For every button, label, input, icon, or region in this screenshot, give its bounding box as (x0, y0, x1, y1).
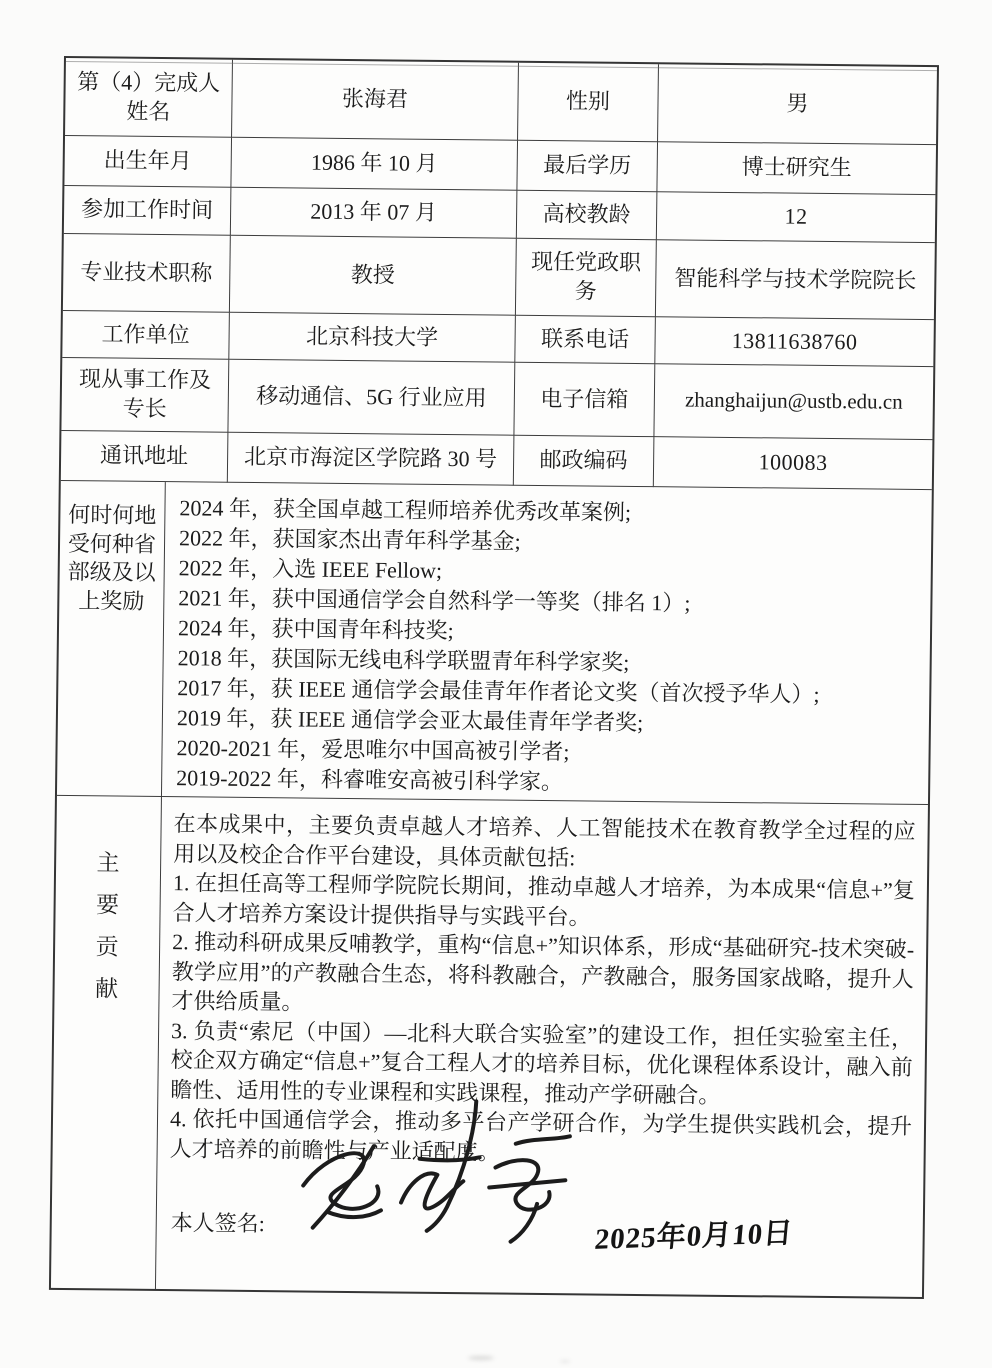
label-char: 献 (95, 968, 119, 1010)
label-char: 贡 (95, 926, 119, 968)
label-line: 部级及以 (67, 558, 155, 588)
field-value-gender: 男 (658, 64, 937, 145)
label-line: 第（4）完成人 (77, 68, 220, 98)
scan-smudge (560, 1360, 570, 1363)
field-label-email: 电子信箱 (514, 363, 655, 437)
contribution-paragraph: 3. 负责“索尼（中国）—北科大联合实验室”的建设工作，担任实验室主任，校企双方… (170, 1016, 913, 1112)
table-row: 第（4）完成人 姓名 张海君 性别 男 (65, 58, 937, 145)
table-row: 现从事工作及 专长 移动通信、5G 行业应用 电子信箱 zhanghaijun@… (61, 358, 933, 440)
label-line: 务 (574, 277, 596, 306)
field-label-phone: 联系电话 (515, 316, 656, 364)
field-value-highest-degree: 博士研究生 (657, 142, 936, 195)
field-label-birthdate: 出生年月 (64, 136, 232, 188)
field-label-awards: 何时何地 受何种省 部级及以 上奖励 (57, 481, 166, 797)
field-value-mailing-address: 北京市海淀区学院路 30 号 (228, 433, 515, 486)
awards-section-row: 何时何地 受何种省 部级及以 上奖励 2024 年，获全国卓越工程师培养优秀改革… (57, 481, 932, 805)
field-value-awards-list: 2024 年，获全国卓越工程师培养优秀改革案例; 2022 年，获国家杰出青年科… (162, 482, 932, 805)
label-line: 现从事工作及 (79, 366, 211, 396)
field-value-email: zhanghaijun@ustb.edu.cn (654, 364, 933, 440)
field-value-current-work: 移动通信、5G 行业应用 (228, 360, 515, 436)
label-line: 现任党政职 (531, 248, 641, 278)
field-label-current-work: 现从事工作及 专长 (61, 358, 229, 433)
field-value-work-start: 2013 年 07 月 (231, 188, 518, 239)
field-value-employer: 北京科技大学 (229, 313, 516, 363)
scanned-form-page: 第（4）完成人 姓名 张海君 性别 男 出生年月 1986 年 10 月 最后学… (0, 0, 992, 1368)
signature-date-handwriting: 2025年0月10日 (593, 1215, 795, 1259)
field-value-birthdate: 1986 年 10 月 (231, 138, 518, 191)
label-line: 受何种省 (68, 530, 156, 560)
field-label-teaching-years: 高校教龄 (517, 191, 658, 240)
contribution-paragraph: 在本成果中，主要负责卓越人才培养、人工智能技术在教育教学全过程的应用以及校企合作… (173, 809, 916, 876)
field-value-postal-code: 100083 (654, 437, 933, 490)
table-row: 通讯地址 北京市海淀区学院路 30 号 邮政编码 100083 (61, 431, 933, 490)
contribution-paragraph: 1. 在担任高等工程师学院院长期间，推动卓越人才培养，为本成果“信息+”复合人才… (172, 868, 915, 935)
field-value-completer-name: 张海君 (232, 60, 519, 141)
contribution-paragraph: 4. 依托中国通信学会，推动多平台产学研合作，为学生提供实践机会，提升人才培养的… (169, 1104, 912, 1171)
field-label-current-position: 现任党政职 务 (516, 239, 657, 317)
field-label-work-start: 参加工作时间 (64, 186, 232, 236)
table-row: 出生年月 1986 年 10 月 最后学历 博士研究生 (64, 136, 936, 195)
signature-label: 本人签名: (171, 1209, 265, 1239)
scan-smudge (468, 1356, 494, 1360)
field-value-professional-title: 教授 (230, 236, 517, 316)
award-item: 2019-2022 年，科睿唯安高被引科学家。 (176, 763, 914, 801)
field-label-employer: 工作单位 (62, 311, 230, 360)
field-label-gender: 性别 (518, 63, 659, 142)
field-label-postal-code: 邮政编码 (514, 436, 655, 487)
field-value-current-position: 智能科学与技术学院院长 (656, 240, 935, 320)
field-label-main-contributions: 主 要 贡 献 (51, 796, 162, 1289)
label-line: 上奖励 (78, 587, 144, 616)
field-value-teaching-years: 12 (657, 192, 936, 243)
label-line: 何时何地 (68, 501, 156, 531)
field-value-main-contributions: 在本成果中，主要负责卓越人才培养、人工智能技术在教育教学全过程的应用以及校企合作… (156, 797, 928, 1297)
field-label-highest-degree: 最后学历 (517, 141, 658, 192)
contributions-section-row: 主 要 贡 献 在本成果中，主要负责卓越人才培养、人工智能技术在教育教学全过程的… (51, 796, 928, 1297)
label-char: 要 (96, 884, 120, 926)
label-line: 专长 (123, 395, 167, 424)
field-label-completer-name: 第（4）完成人 姓名 (65, 58, 233, 138)
personnel-info-table: 第（4）完成人 姓名 张海君 性别 男 出生年月 1986 年 10 月 最后学… (49, 56, 939, 1299)
contribution-paragraph: 2. 推动科研成果反哺教学，重构“信息+”知识体系，形成“基础研究-技术突破-教… (171, 927, 914, 1023)
table-row: 专业技术职称 教授 现任党政职 务 智能科学与技术学院院长 (63, 234, 935, 320)
field-label-mailing-address: 通讯地址 (61, 431, 229, 483)
label-line: 姓名 (126, 97, 170, 126)
label-char: 主 (96, 842, 120, 884)
field-value-phone: 13811638760 (655, 317, 934, 367)
field-label-professional-title: 专业技术职称 (63, 234, 231, 313)
